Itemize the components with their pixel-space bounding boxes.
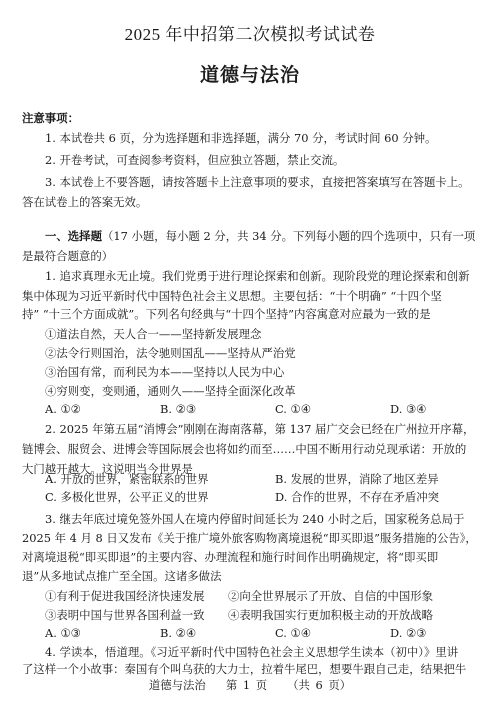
- notice-item-3: 3. 本试卷上不要答题，请按答题卡上注意事项的要求，直接把答案填写在答题卡上。: [45, 174, 470, 190]
- footer-subject: 道德与法治: [149, 678, 206, 692]
- notice-item-1: 1. 本试卷共 6 页，分为选择题和非选择题，满分 70 分，考试时间 60 分…: [45, 130, 436, 146]
- q2-option-a[interactable]: A. 开放的世界，紧密联系的世界: [45, 471, 209, 487]
- q3-stem-line1: 3. 继去年底过境免签外国人在境内停留时间延长为 240 小时之后，国家税务总局…: [45, 511, 464, 527]
- q3-statement-4: ④表明我国实行更加积极主动的开放战略: [228, 607, 433, 623]
- exam-title: 2025 年中招第二次模拟考试试卷: [0, 20, 500, 45]
- q1-stem-line1: 1. 追求真理永无止境。我们党勇于进行理论探索和创新。现阶段党的理论探索和创新: [45, 268, 470, 284]
- q3-option-b[interactable]: B. ②④: [160, 625, 196, 641]
- q2-option-b[interactable]: B. 发展的世界，消除了地区差异: [275, 471, 439, 487]
- page-footer: 道德与法治第 1 页（共 6 页）: [0, 677, 500, 693]
- q1-option-d[interactable]: D. ③④: [390, 401, 426, 417]
- q4-stem-line1: 4. 学读本，悟道理。《习近平新时代中国特色社会主义思想学生读本（初中）》里讲: [45, 644, 458, 660]
- q3-statement-2: ②向全世界展示了开放、自信的中国形象: [228, 588, 433, 604]
- q3-statement-3: ③表明中国与世界各国利益一致: [45, 607, 204, 623]
- notice-heading: 注意事项：: [22, 110, 79, 126]
- q3-stem-line3: 对离境退税“即买即退”的主要内容、办理流程和施行时间作出明确规定，将“即买即: [22, 549, 438, 565]
- q2-stem-line2: 链博会、服贸会、进博会等国际展会也将如约而至……中国不断用行动兑现承诺：开放的: [22, 441, 466, 457]
- q3-option-d[interactable]: D. ②③: [390, 625, 426, 641]
- q3-option-c[interactable]: C. ①④: [275, 625, 311, 641]
- q3-stem-line2: 2025 年 4 月 8 日又发布《关于推广境外旅客购物离境退税“即买即退”服务…: [22, 530, 477, 546]
- section-heading-label: 一、选择题: [45, 229, 102, 243]
- q1-statement-4: ④穷则变，变则通，通则久——坚持全面深化改革: [45, 383, 296, 399]
- q1-statement-2: ②法令行则国治，法令驰则国乱——坚持从严治党: [45, 345, 296, 361]
- section-heading: 一、选择题（17 小题，每小题 2 分，共 34 分。下列每小题的四个选项中，只…: [45, 228, 475, 244]
- q2-option-c[interactable]: C. 多极化世界，公平正义的世界: [45, 489, 209, 505]
- q1-option-b[interactable]: B. ②③: [160, 401, 196, 417]
- q2-stem-line1: 2. 2025 年第五届“消博会”刚刚在海南落幕，第 137 届广交会已经在广州…: [45, 421, 474, 437]
- q1-statement-3: ③治国有常，而利民为本——坚持以人民为中心: [45, 364, 284, 380]
- notice-item-3-cont: 答在试卷上的答案无效。: [22, 194, 147, 210]
- q3-option-a[interactable]: A. ①③: [45, 625, 81, 641]
- footer-page-number: 第 1 页: [226, 678, 267, 692]
- q1-option-a[interactable]: A. ①②: [45, 401, 81, 417]
- q3-statement-1: ①有利于促进我国经济快速发展: [45, 588, 204, 604]
- notice-item-2: 2. 开卷考试，可查阅参考资料，但应独立答题，禁止交流。: [45, 152, 344, 168]
- q1-statement-1: ①道法自然，天人合一——坚持新发展理念: [45, 326, 261, 342]
- q3-stem-line4: 退”从多地试点推广至全国。这诸多做法: [22, 568, 221, 584]
- q1-stem-line2: 集中体现为习近平新时代中国特色社会主义思想。主要包括：“十个明确” “十四个坚: [22, 288, 442, 304]
- q4-stem-line2: 了这样一个小故事：秦国有个叫乌获的大力士，拉着牛尾巴，想要牛跟自己走，结果把牛: [22, 661, 466, 677]
- q1-option-c[interactable]: C. ①④: [275, 401, 311, 417]
- section-heading-line2: 是最符合题意的）: [22, 248, 113, 264]
- q1-stem-line3: 持” “十三个方面成就”。下列名句经典与“十四个坚持”内容寓意对应最为一致的是: [22, 306, 431, 322]
- q2-option-d[interactable]: D. 合作的世界，不存在矛盾冲突: [275, 489, 439, 505]
- subject-title: 道德与法治: [0, 60, 500, 87]
- section-heading-desc: （17 小题，每小题 2 分，共 34 分。下列每小题的四个选项中，只有一项: [102, 229, 475, 243]
- footer-total-pages: （共 6 页）: [287, 678, 351, 692]
